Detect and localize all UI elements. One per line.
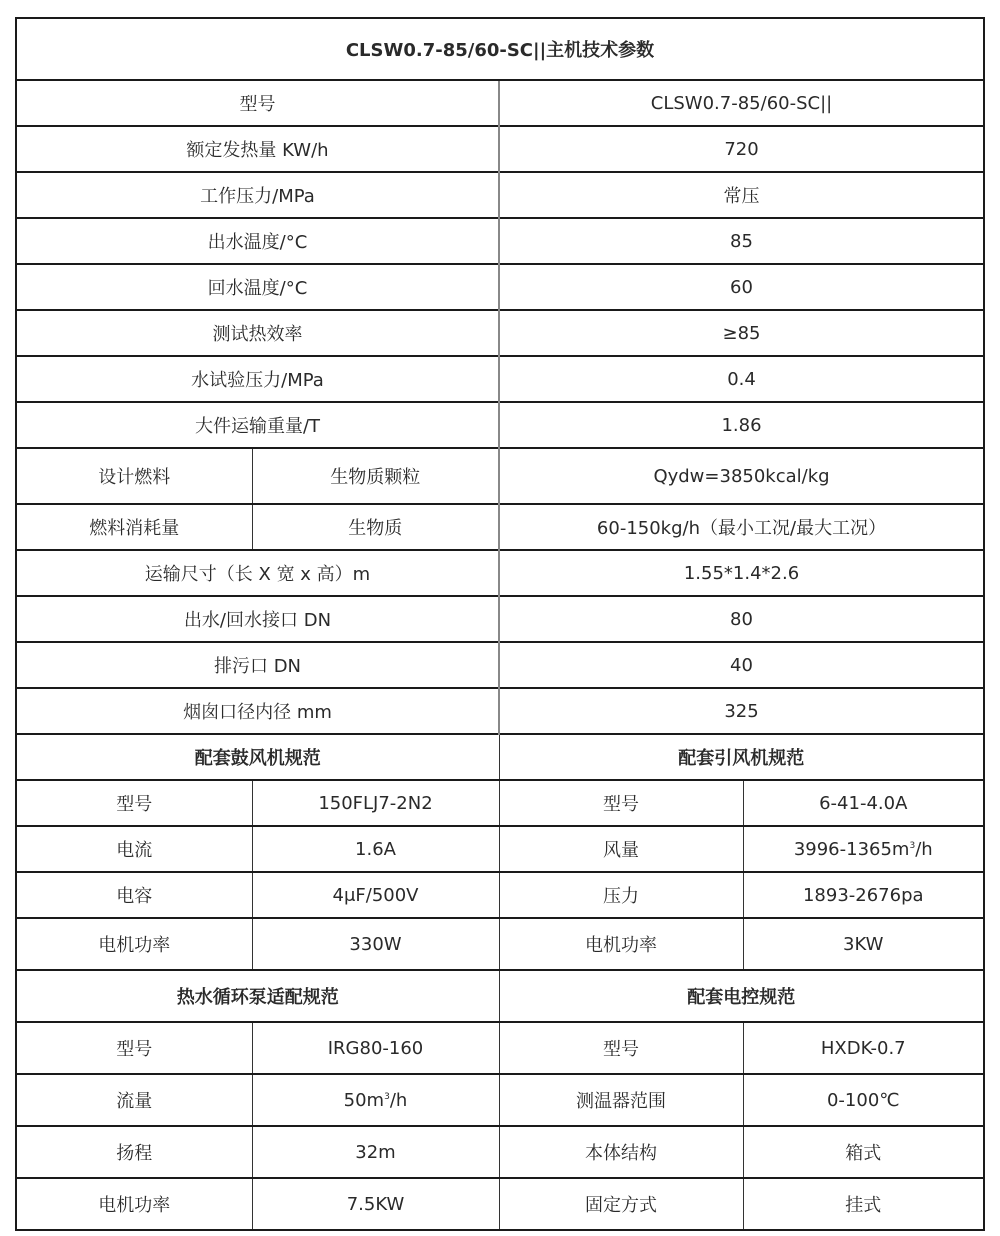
row-label: 电容 [16, 872, 252, 918]
row-label: 水试验压力/MPa [16, 356, 499, 402]
table-row: 扬程32m本体结构箱式 [16, 1126, 984, 1178]
table-row: 出水温度/°C85 [16, 218, 984, 264]
row-value: 32m [252, 1126, 499, 1178]
row-value: 330W [252, 918, 499, 970]
row-label: 排污口 DN [16, 642, 499, 688]
row-value: 40 [499, 642, 984, 688]
table-title: CLSW0.7-85/60-SC||主机技术参数 [16, 18, 984, 80]
row-label: 电流 [16, 826, 252, 872]
row-value: 6-41-4.0A [743, 780, 984, 826]
row-label: 电机功率 [16, 1178, 252, 1230]
row-label: 风量 [499, 826, 743, 872]
row-value: 0-100℃ [743, 1074, 984, 1126]
row-value: HXDK-0.7 [743, 1022, 984, 1074]
row-label: 测温器范围 [499, 1074, 743, 1126]
row-label: 大件运输重量/T [16, 402, 499, 448]
table-row: 测试热效率≥85 [16, 310, 984, 356]
table-row: 出水/回水接口 DN80 [16, 596, 984, 642]
row-label: 运输尺寸（长 X 宽 x 高）m [16, 550, 499, 596]
row-label: 流量 [16, 1074, 252, 1126]
table-row: 燃料消耗量生物质60-150kg/h（最小工况/最大工况） [16, 504, 984, 550]
row-value: 150FLJ7-2N2 [252, 780, 499, 826]
table-row: 电机功率7.5KW固定方式挂式 [16, 1178, 984, 1230]
section-header-row: 配套鼓风机规范配套引风机规范 [16, 734, 984, 780]
row-value: 3KW [743, 918, 984, 970]
row-label: 扬程 [16, 1126, 252, 1178]
row-label: 型号 [499, 1022, 743, 1074]
row-value: 60-150kg/h（最小工况/最大工况） [499, 504, 984, 550]
row-value: 80 [499, 596, 984, 642]
row-value: CLSW0.7-85/60-SC|| [499, 80, 984, 126]
table-row: 大件运输重量/T1.86 [16, 402, 984, 448]
blower-section-title: 配套鼓风机规范 [16, 734, 499, 780]
row-sublabel: 生物质 [252, 504, 499, 550]
row-value: 1.86 [499, 402, 984, 448]
row-value: IRG80-160 [252, 1022, 499, 1074]
row-label: 电机功率 [16, 918, 252, 970]
row-label: 本体结构 [499, 1126, 743, 1178]
row-label: 出水温度/°C [16, 218, 499, 264]
row-value: 箱式 [743, 1126, 984, 1178]
spec-table: CLSW0.7-85/60-SC||主机技术参数 型号CLSW0.7-85/60… [15, 17, 985, 1231]
row-label: 出水/回水接口 DN [16, 596, 499, 642]
table-row: 流量50m3/h测温器范围0-100℃ [16, 1074, 984, 1126]
table-row: 工作压力/MPa常压 [16, 172, 984, 218]
row-label: 燃料消耗量 [16, 504, 252, 550]
row-label: 测试热效率 [16, 310, 499, 356]
table-row: 回水温度/°C60 [16, 264, 984, 310]
table-row: 排污口 DN40 [16, 642, 984, 688]
row-label: 型号 [16, 1022, 252, 1074]
row-label: 固定方式 [499, 1178, 743, 1230]
table-row: 水试验压力/MPa0.4 [16, 356, 984, 402]
row-value: 常压 [499, 172, 984, 218]
row-label: 工作压力/MPa [16, 172, 499, 218]
row-value: 4μF/500V [252, 872, 499, 918]
row-value: 1.6A [252, 826, 499, 872]
table-row: 电容4μF/500V压力1893-2676pa [16, 872, 984, 918]
title-row: CLSW0.7-85/60-SC||主机技术参数 [16, 18, 984, 80]
row-value: 60 [499, 264, 984, 310]
row-value: Qydw=3850kcal/kg [499, 448, 984, 504]
row-value: 挂式 [743, 1178, 984, 1230]
row-label: 型号 [499, 780, 743, 826]
row-label: 压力 [499, 872, 743, 918]
row-label: 电机功率 [499, 918, 743, 970]
row-value: 0.4 [499, 356, 984, 402]
control-section-title: 配套电控规范 [499, 970, 984, 1022]
section-header-row: 热水循环泵适配规范配套电控规范 [16, 970, 984, 1022]
table-row: 电机功率330W电机功率3KW [16, 918, 984, 970]
pump-section-title: 热水循环泵适配规范 [16, 970, 499, 1022]
table-row: 运输尺寸（长 X 宽 x 高）m1.55*1.4*2.6 [16, 550, 984, 596]
table-row: 电流1.6A风量3996-1365m3/h [16, 826, 984, 872]
row-label: 烟囱口径内径 mm [16, 688, 499, 734]
table-row: 型号CLSW0.7-85/60-SC|| [16, 80, 984, 126]
induced-fan-section-title: 配套引风机规范 [499, 734, 984, 780]
table-row: 设计燃料生物质颗粒Qydw=3850kcal/kg [16, 448, 984, 504]
row-label: 型号 [16, 780, 252, 826]
row-label: 设计燃料 [16, 448, 252, 504]
table-row: 烟囱口径内径 mm325 [16, 688, 984, 734]
row-value: 1.55*1.4*2.6 [499, 550, 984, 596]
row-value: 50m3/h [252, 1074, 499, 1126]
row-value: ≥85 [499, 310, 984, 356]
row-value: 3996-1365m3/h [743, 826, 984, 872]
table-row: 型号150FLJ7-2N2型号6-41-4.0A [16, 780, 984, 826]
table-row: 额定发热量 KW/h720 [16, 126, 984, 172]
row-sublabel: 生物质颗粒 [252, 448, 499, 504]
row-value: 1893-2676pa [743, 872, 984, 918]
row-value: 7.5KW [252, 1178, 499, 1230]
row-value: 85 [499, 218, 984, 264]
row-label: 额定发热量 KW/h [16, 126, 499, 172]
row-value: 720 [499, 126, 984, 172]
row-label: 型号 [16, 80, 499, 126]
table-row: 型号IRG80-160型号HXDK-0.7 [16, 1022, 984, 1074]
row-label: 回水温度/°C [16, 264, 499, 310]
row-value: 325 [499, 688, 984, 734]
